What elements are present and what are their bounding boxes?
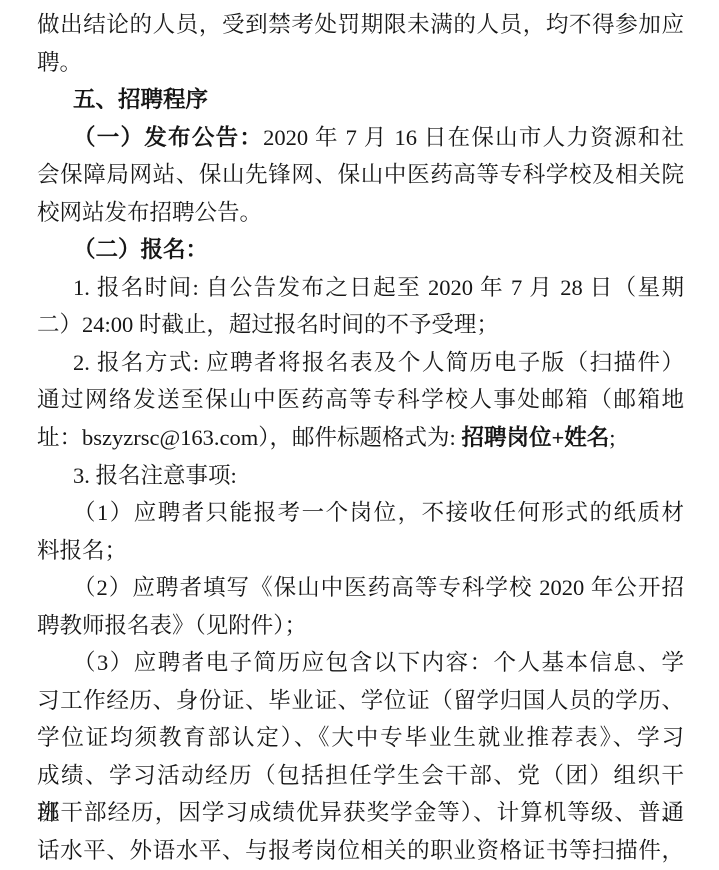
paragraph-line: 聘教师报名表》（见附件）； xyxy=(37,607,684,645)
text-segment: 聘。 xyxy=(37,50,82,75)
document-page: 做出结论的人员，受到禁考处罚期限未满的人员，均不得参加应 聘。 五、招聘程序 （… xyxy=(0,0,719,870)
text-segment: ; xyxy=(609,425,615,450)
paragraph-line: （一）发布公告：2020 年 7 月 16 日在保山市人力资源和社 xyxy=(37,119,684,157)
paragraph-line: 校网站发布招聘公告。 xyxy=(37,194,684,232)
heading-text: 五、招聘程序 xyxy=(73,87,208,112)
text-segment: 3. 报名注意事项: xyxy=(73,463,237,488)
list-item-registration-time: 1. 报名时间: 自公告发布之日起至 2020 年 7 月 28 日（星期 xyxy=(37,269,684,307)
note-item-1: （1）应聘者只能报考一个岗位，不接收任何形式的纸质材 xyxy=(37,494,684,532)
text-segment: 2. 报名方式: 应聘者将报名表及个人简历电子版（扫描件） xyxy=(73,350,684,375)
paragraph-line: 聘。 xyxy=(37,44,684,82)
note-item-2: （2）应聘者填写《保山中医药高等专科学校 2020 年公开招 xyxy=(37,569,684,607)
text-segment: （2）应聘者填写《保山中医药高等专科学校 2020 年公开招 xyxy=(73,575,684,600)
text-segment: 校网站发布招聘公告。 xyxy=(37,200,262,225)
note-item-3: （3）应聘者电子简历应包含以下内容：个人基本信息、学 xyxy=(37,644,684,682)
text-segment: 聘教师报名表》（见附件）； xyxy=(37,613,307,638)
text-segment: （1）应聘者只能报考一个岗位，不接收任何形式的纸质材 xyxy=(73,500,684,525)
text-segment: 学位证均须教育部认定）、《大中专毕业生就业推荐表》、学习 xyxy=(37,725,684,750)
text-segment: 址：bszyzrsc@163.com），邮件标题格式为: xyxy=(37,425,461,450)
paragraph-line-email: 址：bszyzrsc@163.com），邮件标题格式为: 招聘岗位+姓名; xyxy=(37,419,684,457)
paragraph-line: 话水平、外语水平、与报考岗位相关的职业资格证书等扫描件， xyxy=(37,832,684,870)
paragraph-line: 通过网络发送至保山中医药高等专科学校人事处邮箱（邮箱地 xyxy=(37,381,684,419)
paragraph-line: 做出结论的人员，受到禁考处罚期限未满的人员，均不得参加应 xyxy=(37,6,684,44)
text-segment: 通过网络发送至保山中医药高等专科学校人事处邮箱（邮箱地 xyxy=(37,387,684,412)
text-segment: 二）24:00 时截止，超过报名时间的不予受理； xyxy=(37,312,499,337)
section-heading-recruitment-procedure: 五、招聘程序 xyxy=(37,81,684,119)
text-segment: 班干部经历，因学习成绩优异获奖学金等）、计算机等级、普通 xyxy=(37,800,684,825)
text-segment: 会保障局网站、保山先锋网、保山中医药高等专科学校及相关院 xyxy=(37,162,684,187)
email-subject-format-text: 招聘岗位+姓名 xyxy=(461,425,609,450)
list-item-registration-method: 2. 报名方式: 应聘者将报名表及个人简历电子版（扫描件） xyxy=(37,344,684,382)
text-segment: 2020 年 7 月 16 日在保山市人力资源和社 xyxy=(263,125,684,150)
paragraph-line: 会保障局网站、保山先锋网、保山中医药高等专科学校及相关院 xyxy=(37,156,684,194)
subsection-heading-registration: （二）报名： xyxy=(37,231,684,269)
paragraph-line: 二）24:00 时截止，超过报名时间的不予受理； xyxy=(37,306,684,344)
paragraph-line: 料报名； xyxy=(37,532,684,570)
paragraph-line: 成绩、学习活动经历（包括担任学生会干部、党（团）组织干部、 xyxy=(37,757,684,795)
text-segment: 做出结论的人员，受到禁考处罚期限未满的人员，均不得参加应 xyxy=(37,12,684,37)
subsection-heading-publish-announcement: （一）发布公告： xyxy=(73,125,263,150)
text-segment: 话水平、外语水平、与报考岗位相关的职业资格证书等扫描件， xyxy=(37,838,684,863)
list-item-registration-notes: 3. 报名注意事项: xyxy=(37,457,684,495)
text-segment: （3）应聘者电子简历应包含以下内容：个人基本信息、学 xyxy=(73,650,684,675)
paragraph-line: 习工作经历、身份证、毕业证、学位证（留学归国人员的学历、 xyxy=(37,682,684,720)
text-segment: 料报名； xyxy=(37,538,127,563)
text-segment: 习工作经历、身份证、毕业证、学位证（留学归国人员的学历、 xyxy=(37,688,684,713)
heading-text: （二）报名： xyxy=(73,237,208,262)
paragraph-line: 班干部经历，因学习成绩优异获奖学金等）、计算机等级、普通 xyxy=(37,794,684,832)
text-segment: 1. 报名时间: 自公告发布之日起至 2020 年 7 月 28 日（星期 xyxy=(73,275,684,300)
paragraph-line: 学位证均须教育部认定）、《大中专毕业生就业推荐表》、学习 xyxy=(37,719,684,757)
